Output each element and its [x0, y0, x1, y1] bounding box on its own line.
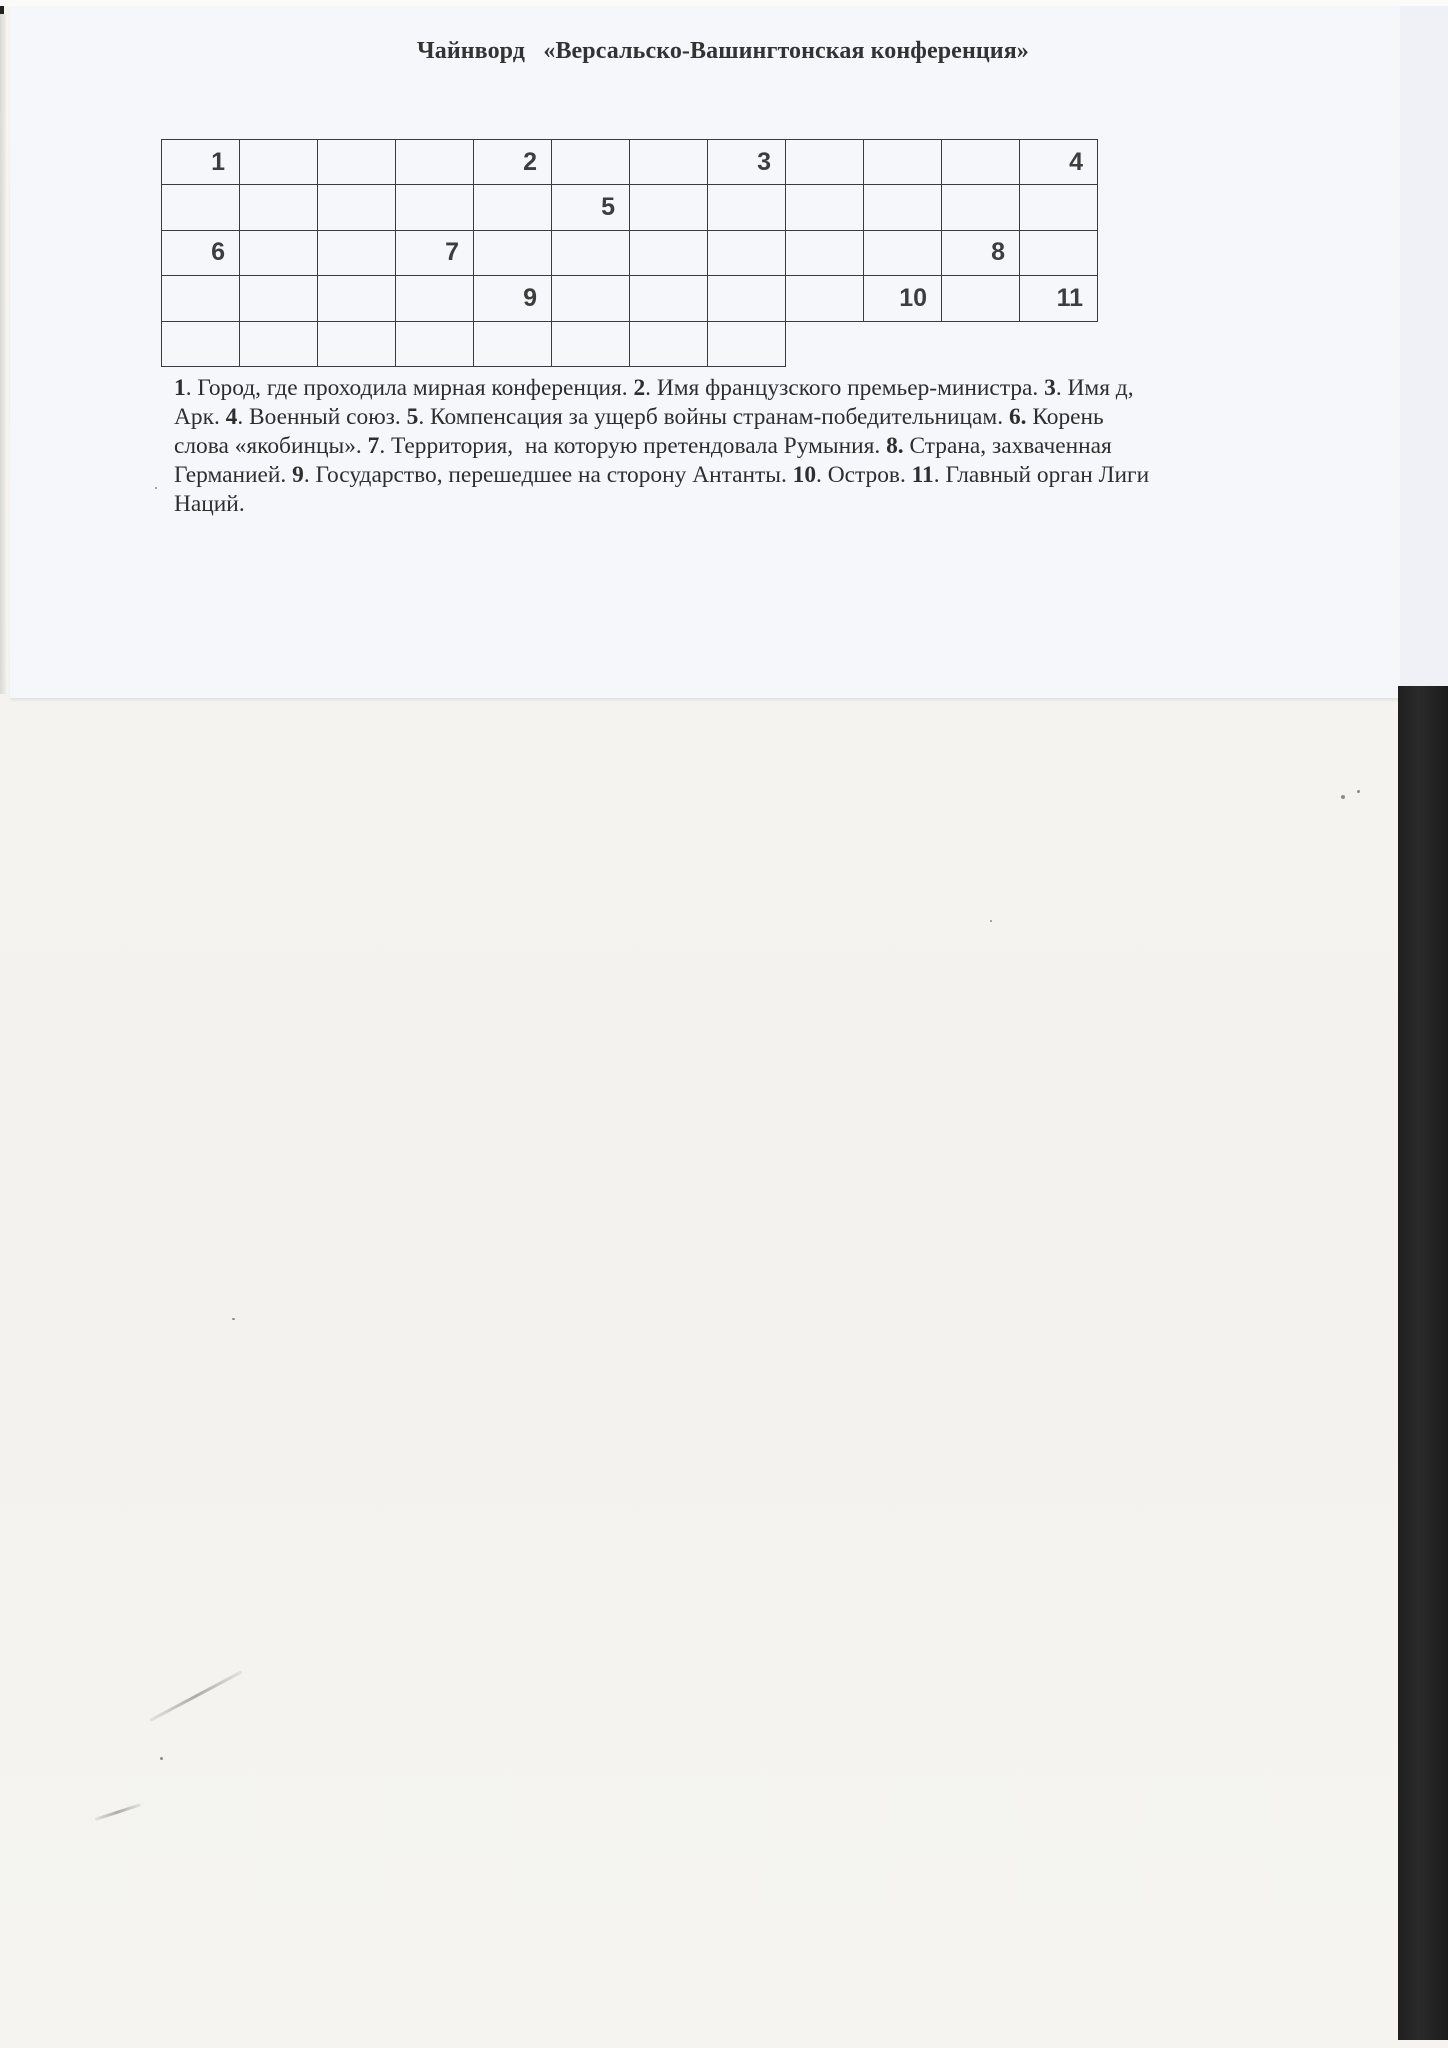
grid-cell: [1019, 184, 1098, 230]
grid-cell: [785, 139, 864, 185]
grid-cell: 1: [161, 139, 240, 185]
clue-number: 3: [757, 148, 771, 177]
grid-cell: [395, 184, 474, 230]
sheet-right-margin: [1400, 6, 1448, 686]
grid-cell: [707, 184, 786, 230]
clue-line: Наций.: [174, 490, 1414, 519]
grid-cell: [707, 275, 786, 321]
clue-number: 2: [523, 148, 537, 177]
grid-cell: [785, 275, 864, 321]
grid-cell: [941, 184, 1020, 230]
grid-cell: [629, 275, 708, 321]
grid-cell: 6: [161, 230, 240, 276]
grid-cell: [317, 321, 396, 367]
clue-number-label: 4: [226, 404, 238, 430]
clue-text: . Имя д,: [1056, 375, 1134, 401]
grid-cell: [395, 321, 474, 367]
grid-cell: [161, 184, 240, 230]
grid-cell: [551, 275, 630, 321]
clues-paragraph: 1. Город, где проходила мирная конференц…: [174, 374, 1414, 519]
grid-cell: [1019, 230, 1098, 276]
clue-text: . Военный союз.: [237, 404, 406, 430]
scan-speck: [160, 1757, 163, 1760]
clue-text: Германией.: [174, 462, 292, 488]
clue-number: 8: [991, 238, 1005, 267]
grid-cell: [239, 321, 318, 367]
grid-cell: [863, 184, 942, 230]
grid-cell: [395, 139, 474, 185]
grid-cell: [863, 139, 942, 185]
clue-number-label: 2: [633, 375, 645, 401]
grid-cell: 8: [941, 230, 1020, 276]
clue-number: 6: [211, 238, 225, 267]
grid-cell: [395, 275, 474, 321]
grid-cell: 5: [551, 184, 630, 230]
grid-cell: [707, 230, 786, 276]
clue-number: 5: [601, 193, 615, 222]
grid-cell: 10: [863, 275, 942, 321]
clue-line: Арк. 4. Военный союз. 5. Компенсация за …: [174, 403, 1414, 432]
clue-number: 9: [523, 284, 537, 313]
clue-text: . Государство, перешедшее на сторону Ант…: [304, 462, 793, 488]
grid-cell: [629, 184, 708, 230]
grid-cell: [317, 230, 396, 276]
clue-number-label: 6.: [1009, 404, 1027, 430]
clue-number-label: 11: [912, 462, 934, 488]
grid-cell: [941, 139, 1020, 185]
grid-cell: [317, 139, 396, 185]
clue-text: Арк.: [174, 404, 226, 430]
scan-speck: [155, 487, 157, 489]
clue-number-label: 3: [1044, 375, 1056, 401]
clue-line: слова «якобинцы». 7. Территория, на кото…: [174, 432, 1414, 461]
grid-cell: 3: [707, 139, 786, 185]
grid-cell: [239, 184, 318, 230]
grid-cell: [629, 230, 708, 276]
clue-text: . Компенсация за ущерб войны странам-поб…: [418, 404, 1009, 430]
worksheet-title: Чайнворд «Версальско-Вашингтонская конфе…: [417, 38, 1029, 65]
grid-cell: 11: [1019, 275, 1098, 321]
clue-number-label: 1: [174, 375, 186, 401]
clue-text: Страна, захваченная: [904, 433, 1112, 459]
grid-cell: [785, 230, 864, 276]
grid-cell: [239, 230, 318, 276]
scan-speck: [1341, 795, 1345, 799]
scanner-dark-edge: [1398, 686, 1448, 2040]
clue-line: Германией. 9. Государство, перешедшее на…: [174, 461, 1414, 490]
clue-text: . Имя французского премьер-министра.: [645, 375, 1044, 401]
grid-cell: [239, 275, 318, 321]
grid-cell: 2: [473, 139, 552, 185]
grid-cell: 9: [473, 275, 552, 321]
clue-number: 11: [1057, 284, 1083, 313]
clue-number-label: 10: [793, 462, 816, 488]
grid-cell: [317, 275, 396, 321]
grid-cell: [551, 230, 630, 276]
grid-cell: [941, 275, 1020, 321]
grid-cell: [629, 139, 708, 185]
clue-line: 1. Город, где проходила мирная конференц…: [174, 374, 1414, 403]
grid-cell: [863, 230, 942, 276]
grid-cell: [473, 184, 552, 230]
grid-cell: [239, 139, 318, 185]
scan-speck: [232, 1318, 235, 1320]
clue-number: 4: [1069, 148, 1083, 177]
sheet-left-shadow: [0, 14, 6, 694]
clue-text: . Территория, на которую претендовала Ру…: [379, 433, 886, 459]
scan-corner-mark: [0, 6, 4, 14]
grid-cell: [629, 321, 708, 367]
grid-cell: [551, 321, 630, 367]
clue-number-label: 5: [407, 404, 419, 430]
clue-number: 10: [899, 284, 927, 313]
clue-text: . Город, где проходила мирная конференци…: [186, 375, 634, 401]
clue-text: . Главный орган Лиги: [934, 462, 1149, 488]
clue-text: . Остров.: [816, 462, 912, 488]
clue-text: Наций.: [174, 491, 245, 517]
grid-cell: [473, 230, 552, 276]
grid-cell: [161, 321, 240, 367]
grid-cell: [473, 321, 552, 367]
grid-cell: 4: [1019, 139, 1098, 185]
clue-text: Корень: [1026, 404, 1103, 430]
clue-number-label: 9: [292, 462, 304, 488]
clue-text: слова «якобинцы».: [174, 433, 368, 459]
clue-number: 1: [211, 148, 225, 177]
clue-number-label: 7: [368, 433, 380, 459]
grid-cell: [707, 321, 786, 367]
grid-cell: [551, 139, 630, 185]
grid-cell: [785, 184, 864, 230]
clue-number-label: 8.: [886, 433, 904, 459]
grid-cell: [317, 184, 396, 230]
grid-cell: [161, 275, 240, 321]
scan-speck: [990, 920, 992, 922]
clue-number: 7: [445, 238, 459, 267]
grid-cell: 7: [395, 230, 474, 276]
scan-speck: [1357, 790, 1360, 793]
